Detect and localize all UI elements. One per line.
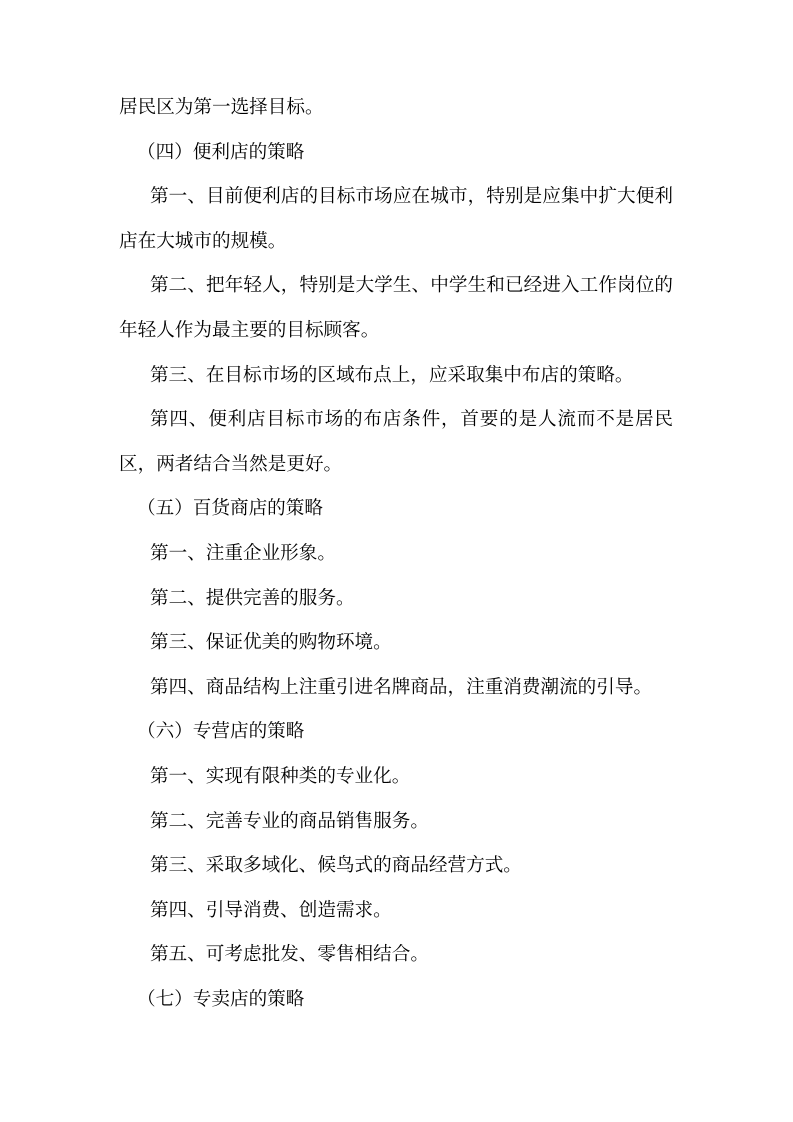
paragraph: 第一、注重企业形象。 (119, 531, 673, 576)
paragraph: 第四、引导消费、创造需求。 (119, 888, 673, 933)
paragraph: 第一、实现有限种类的专业化。 (119, 754, 673, 799)
document-body: 居民区为第一选择目标。 （四）便利店的策略 第一、目前便利店的目标市场应在城市，… (119, 85, 673, 1021)
paragraph: 第二、把年轻人，特别是大学生、中学生和已经进入工作岗位的年轻人作为最主要的目标顾… (119, 263, 673, 352)
paragraph: 第五、可考虑批发、零售相结合。 (119, 932, 673, 977)
paragraph: 第三、保证优美的购物环境。 (119, 620, 673, 665)
paragraph: 第三、采取多域化、候鸟式的商品经营方式。 (119, 843, 673, 888)
section-heading: （五）百货商店的策略 (119, 486, 673, 531)
document-page: 居民区为第一选择目标。 （四）便利店的策略 第一、目前便利店的目标市场应在城市，… (0, 0, 793, 1122)
paragraph: 第二、完善专业的商品销售服务。 (119, 799, 673, 844)
section-heading: （六）专营店的策略 (119, 709, 673, 754)
section-heading: （四）便利店的策略 (119, 130, 673, 175)
paragraph: 第四、商品结构上注重引进名牌商品，注重消费潮流的引导。 (119, 665, 673, 710)
continuation-paragraph: 居民区为第一选择目标。 (119, 85, 673, 130)
section-heading: （七）专卖店的策略 (119, 977, 673, 1022)
paragraph: 第三、在目标市场的区域布点上，应采取集中布店的策略。 (119, 353, 673, 398)
paragraph: 第一、目前便利店的目标市场应在城市，特别是应集中扩大便利店在大城市的规模。 (119, 174, 673, 263)
paragraph: 第四、便利店目标市场的布店条件，首要的是人流而不是居民区，两者结合当然是更好。 (119, 397, 673, 486)
paragraph: 第二、提供完善的服务。 (119, 576, 673, 621)
